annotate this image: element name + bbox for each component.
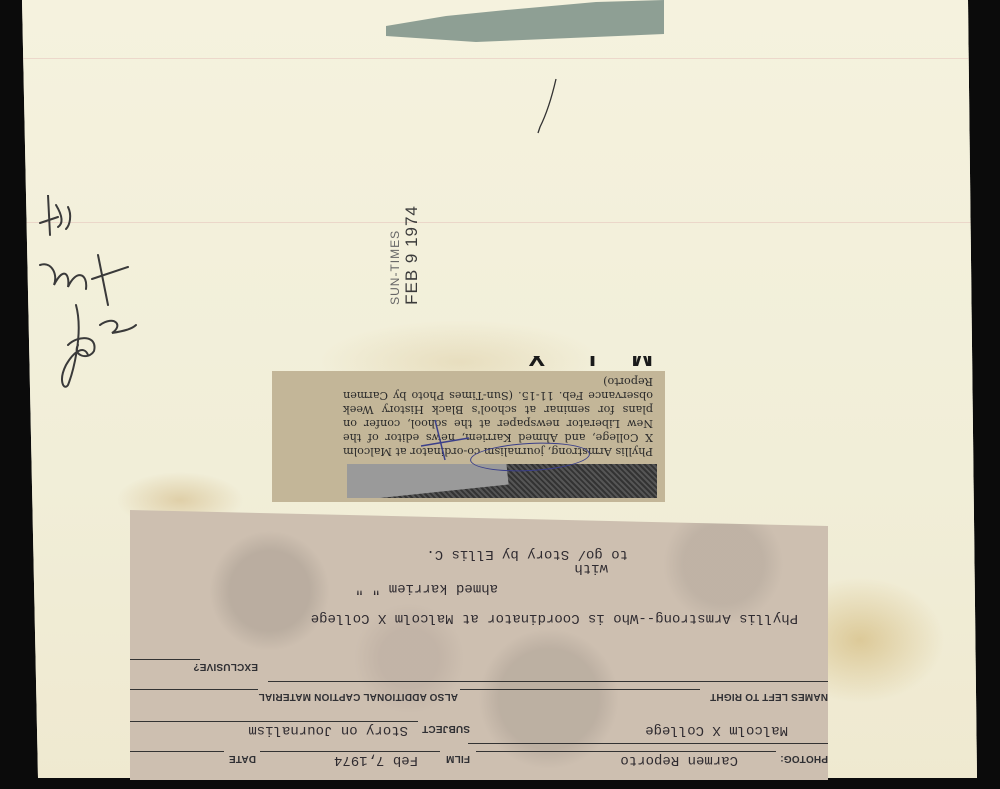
typed-caption-line: ahmed karriem " ": [355, 580, 498, 596]
stamp-publication: SUN-TIMES: [388, 205, 402, 305]
handwriting-strokes: [28, 195, 158, 395]
ruled-line: [0, 58, 1000, 59]
clipping-headline-fragment: M L X: [343, 356, 653, 370]
form-line: [130, 751, 224, 752]
typed-caption-line: to go/ Story by Ellis C.: [426, 546, 628, 562]
subject-value: Story on Journalism: [248, 722, 408, 738]
form-line: [130, 689, 258, 690]
pen-stroke-mark: [530, 75, 560, 140]
form-line: [268, 681, 828, 682]
form-line: [130, 659, 200, 660]
date-value: Feb 7,1974: [334, 752, 418, 768]
typed-caption-line: Phyllis Armstrong--Who is Coordinator at…: [311, 610, 798, 626]
exclusive-label: EXCLUSIVE?: [193, 661, 258, 672]
clipping-caption: Phyllis Armstrong, journalism co-ordinat…: [343, 374, 653, 458]
form-line: [460, 689, 700, 690]
handwritten-notes: [28, 195, 158, 395]
date-label: DATE: [229, 753, 256, 764]
film-label: FILM: [446, 753, 470, 764]
also-caption-label: ALSO ADDITIONAL CAPTION MATERIAL: [258, 691, 458, 702]
subject-label: SUBJECT: [422, 723, 470, 734]
location-value: Malcolm X College: [645, 722, 788, 738]
stamp-date: FEB 9 1974: [402, 205, 422, 305]
form-line: [468, 743, 828, 744]
caption-form-sheet: PHOTOG: Carmen Reporto FILM Feb 7,1974 D…: [130, 510, 828, 780]
photog-label: PHOTOG:: [780, 753, 828, 764]
typed-caption-line: with: [574, 560, 608, 576]
names-label: NAMES LEFT TO RIGHT: [710, 691, 828, 702]
photog-value: Carmen Reporto: [620, 752, 738, 768]
date-stamp: SUN-TIMES FEB 9 1974: [370, 205, 440, 305]
ink-cross-annotation: [415, 410, 475, 470]
